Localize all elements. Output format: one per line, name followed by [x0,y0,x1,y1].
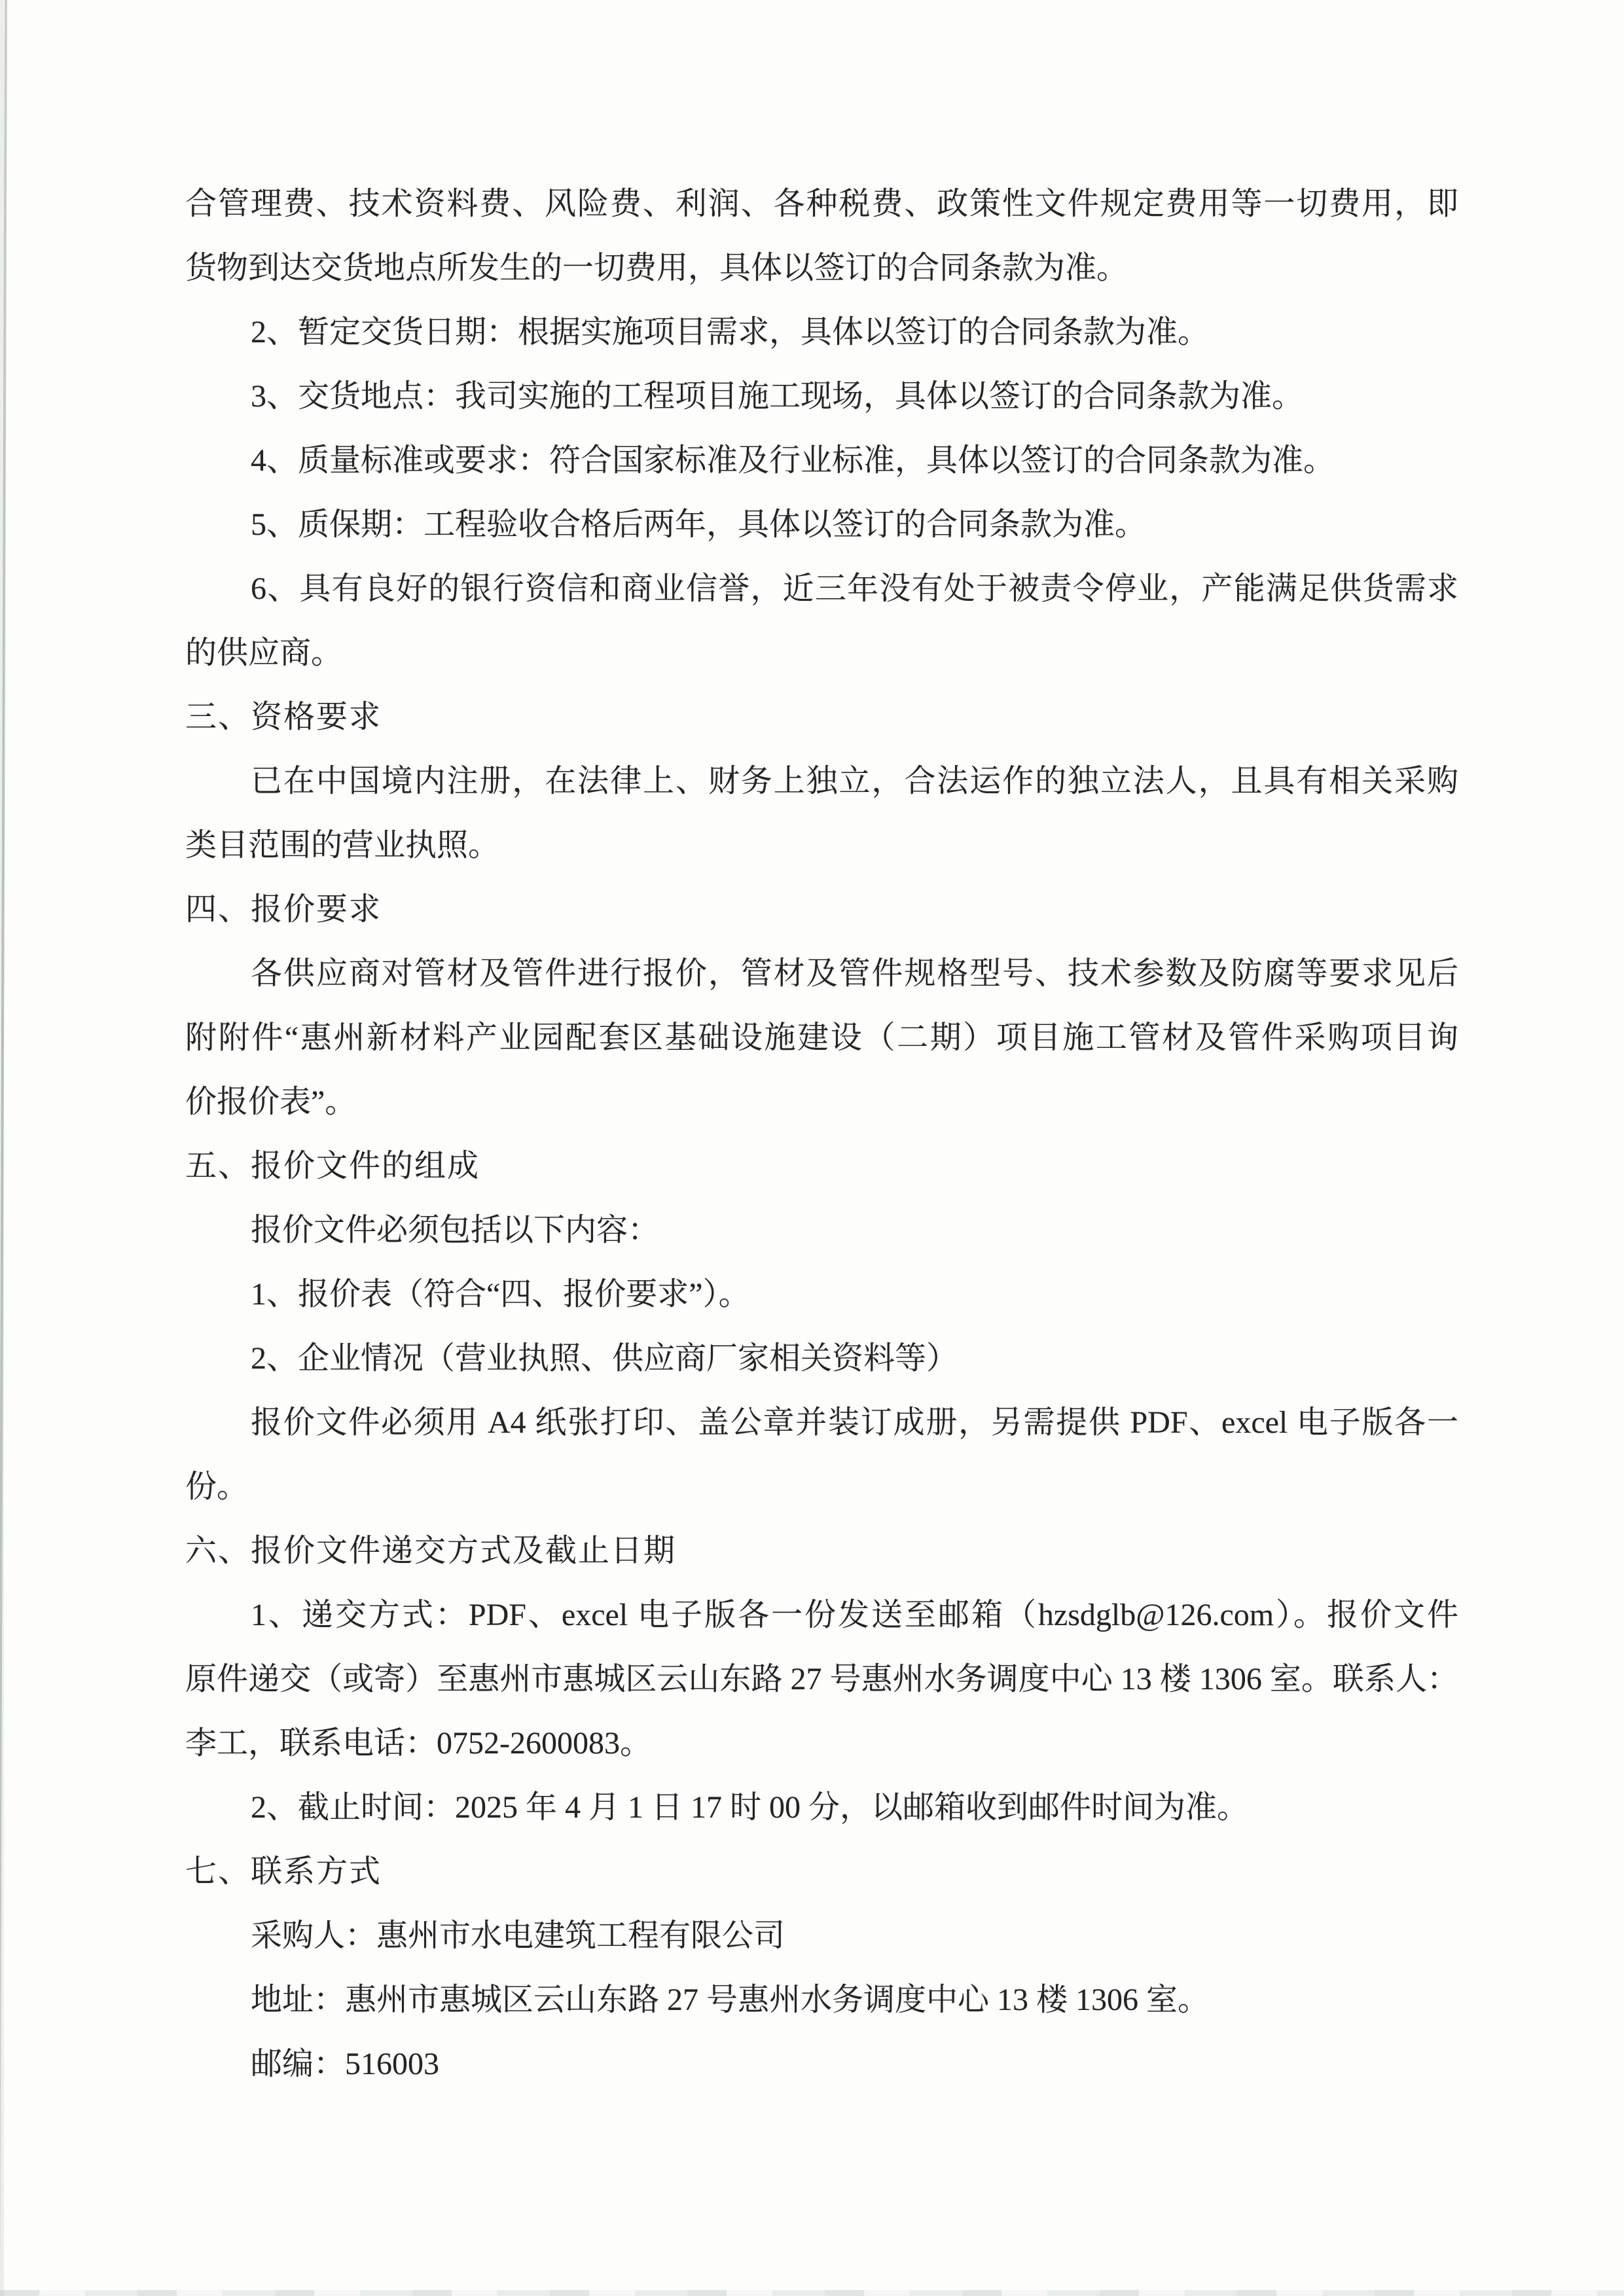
text-line: 已在中国境内注册，在法律上、财务上独立，合法运作的独立法人，且具有相关采购 [185,749,1458,814]
text-line: 3、交货地点：我司实施的工程项目施工现场，具体以签订的合同条款为准。 [185,365,1458,429]
text-line: 1、报价表（符合“四、报价要求”）。 [185,1263,1458,1327]
text-line: 合管理费、技术资料费、风险费、利润、各种税费、政策性文件规定费用等一切费用，即 [185,172,1458,236]
text-line: 报价文件必须用 A4 纸张打印、盖公章并装订成册，另需提供 PDF、excel … [185,1391,1458,1455]
text-line: 2、截止时间：2025 年 4 月 1 日 17 时 00 分，以邮箱收到邮件时… [185,1776,1458,1840]
text-line: 6、具有良好的银行资信和商业信誉，近三年没有处于被责令停业，产能满足供货需求 [185,557,1458,621]
text-line: 各供应商对管材及管件进行报价，管材及管件规格型号、技术参数及防腐等要求见后 [185,942,1458,1006]
text-block: 合管理费、技术资料费、风险费、利润、各种税费、政策性文件规定费用等一切费用，即货… [185,172,1458,2096]
text-line: 报价文件必须包括以下内容： [185,1198,1458,1263]
section-heading: 六、报价文件递交方式及截止日期 [185,1519,1458,1583]
section-heading: 七、联系方式 [185,1840,1458,1904]
text-line: 货物到达交货地点所发生的一切费用，具体以签订的合同条款为准。 [185,236,1458,300]
section-heading: 三、资格要求 [185,685,1458,749]
text-line: 4、质量标准或要求：符合国家标准及行业标准，具体以签订的合同条款为准。 [185,429,1458,493]
text-line: 李工，联系电话：0752-2600083。 [185,1712,1458,1776]
text-line: 的供应商。 [185,621,1458,685]
document-page: 合管理费、技术资料费、风险费、利润、各种税费、政策性文件规定费用等一切费用，即货… [0,0,1624,2296]
scan-bottom-artifact [0,2290,1624,2296]
text-line: 采购人：惠州市水电建筑工程有限公司 [185,1904,1458,1968]
text-line: 5、质保期：工程验收合格后两年，具体以签订的合同条款为准。 [185,493,1458,557]
text-line: 1、递交方式：PDF、excel 电子版各一份发送至邮箱（hzsdglb@126… [185,1583,1458,1647]
text-line: 附附件“惠州新材料产业园配套区基础设施建设（二期）项目施工管材及管件采购项目询 [185,1006,1458,1070]
text-line: 价报价表”。 [185,1070,1458,1134]
section-heading: 四、报价要求 [185,878,1458,942]
section-heading: 五、报价文件的组成 [185,1134,1458,1198]
text-line: 份。 [185,1455,1458,1519]
text-line: 地址：惠州市惠城区云山东路 27 号惠州水务调度中心 13 楼 1306 室。 [185,1968,1458,2032]
text-line: 类目范围的营业执照。 [185,814,1458,878]
text-line: 2、企业情况（营业执照、供应商厂家相关资料等） [185,1327,1458,1391]
text-line: 原件递交（或寄）至惠州市惠城区云山东路 27 号惠州水务调度中心 13 楼 13… [185,1647,1458,1712]
text-line: 邮编：516003 [185,2032,1458,2096]
text-line: 2、暂定交货日期：根据实施项目需求，具体以签订的合同条款为准。 [185,300,1458,365]
